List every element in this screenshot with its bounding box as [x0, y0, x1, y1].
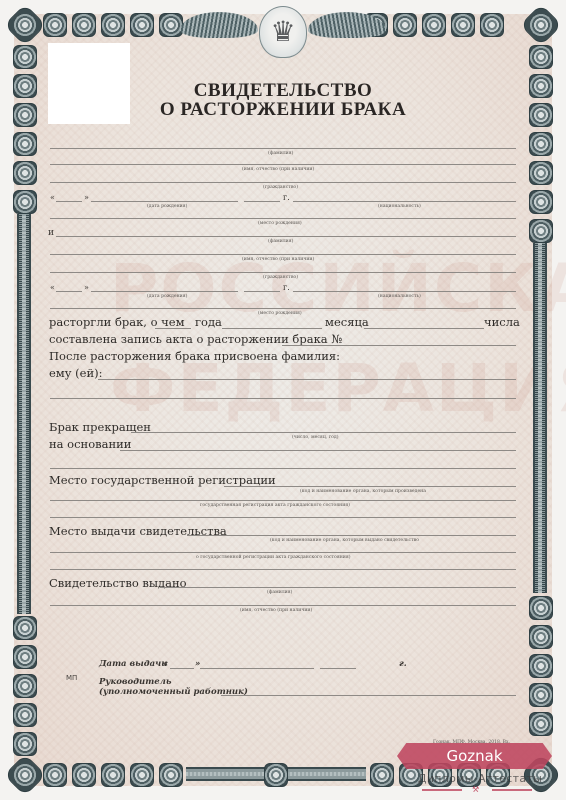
issuance-extra-field[interactable]	[50, 552, 516, 553]
name-field-1[interactable]	[50, 164, 516, 165]
border-rosette	[393, 13, 417, 37]
border-rosette	[159, 13, 183, 37]
issued-to-surname-field[interactable]	[160, 587, 516, 588]
border-rosette	[529, 654, 553, 678]
border-rosette	[451, 13, 475, 37]
caption: (имя, отчество (при наличии)	[240, 608, 312, 613]
border-band	[533, 243, 547, 593]
birth-month-field-2[interactable]	[91, 291, 238, 292]
record-number-label: составлена запись акта о расторжении бра…	[49, 332, 342, 346]
border-rosette	[13, 161, 37, 185]
border-rosette	[264, 763, 288, 787]
border-rosette	[529, 190, 553, 214]
surname-after-label: После расторжения брака присвоена фамили…	[49, 349, 340, 363]
caption: (имя, отчество (при наличии)	[242, 167, 314, 172]
divorced-label: расторгли брак, о чем	[49, 315, 185, 329]
border-rosette	[529, 683, 553, 707]
quote: »	[84, 283, 89, 292]
caption: государственная регистрация акта граждан…	[200, 503, 350, 508]
border-rosette	[529, 219, 553, 243]
head-label: Руководитель	[99, 677, 171, 687]
quote: «	[50, 193, 55, 202]
him-her-label: ему (ей):	[49, 366, 103, 380]
caption: о государственной регистрации акта гражд…	[196, 555, 351, 560]
terminated-date-field[interactable]	[131, 432, 516, 433]
border-rosette	[529, 625, 553, 649]
name-field-2[interactable]	[50, 254, 516, 255]
border-rosette	[13, 74, 37, 98]
caption: (дата рождения)	[147, 294, 187, 299]
basis-label: на основании	[49, 437, 131, 451]
basis-extra-field[interactable]	[50, 468, 516, 469]
year-suffix: г.	[283, 193, 290, 202]
redacted-area	[48, 43, 130, 124]
border-rosette	[529, 103, 553, 127]
gavel-icon: ⚒	[472, 785, 479, 794]
border-rosette	[101, 13, 125, 37]
border-rosette	[529, 45, 553, 69]
quote: »	[84, 193, 89, 202]
border-rosette	[529, 596, 553, 620]
surname-field-1[interactable]	[50, 148, 516, 149]
border-rosette	[13, 103, 37, 127]
registration-extra-field-2[interactable]	[50, 517, 516, 518]
caption: (фамилия)	[267, 590, 292, 595]
caption: (гражданство)	[263, 275, 298, 280]
citizenship-field-1[interactable]	[50, 182, 516, 183]
stamp-placeholder: МП	[66, 674, 77, 682]
record-number-field[interactable]	[282, 345, 516, 346]
caption: (фамилия)	[268, 151, 293, 156]
birthplace-field-2[interactable]	[50, 308, 516, 309]
caption: (код и наименование органа, которым прои…	[300, 489, 426, 494]
border-rosette	[13, 674, 37, 698]
birth-month-field-1[interactable]	[91, 201, 238, 202]
birthplace-field-1[interactable]	[50, 218, 516, 219]
document-subtitle: О РАСТОРЖЕНИИ БРАКА	[130, 99, 436, 121]
caption: (гражданство)	[263, 185, 298, 190]
goznak-subtitle: Дипломы-Аттестаты	[395, 772, 565, 785]
caption: (число, месяц, год)	[292, 435, 339, 440]
quote: «	[50, 283, 55, 292]
issue-month-field[interactable]	[200, 668, 314, 669]
month-field[interactable]	[222, 328, 322, 329]
border-rosette	[529, 161, 553, 185]
caption: (место рождения)	[258, 221, 302, 226]
border-rosette	[13, 190, 37, 214]
border-rosette	[422, 13, 446, 37]
caption: (дата рождения)	[147, 204, 187, 209]
border-rosette	[101, 763, 125, 787]
issue-day-field[interactable]	[170, 668, 194, 669]
birth-year-field-1[interactable]	[244, 201, 280, 202]
border-rosette	[13, 132, 37, 156]
registration-place-field[interactable]	[224, 486, 516, 487]
border-rosette	[130, 763, 154, 787]
border-rosette	[13, 616, 37, 640]
registration-place-label: Место государственной регистрации	[49, 473, 276, 487]
issued-to-name-field[interactable]	[50, 605, 516, 606]
border-rosette	[480, 13, 504, 37]
issue-date-label: Дата выдачи	[99, 659, 167, 669]
border-rosette	[130, 13, 154, 37]
registration-extra-field[interactable]	[50, 500, 516, 501]
border-rosette	[43, 13, 67, 37]
goznak-logo: Goznak	[397, 743, 552, 769]
caption: (национальность)	[378, 294, 421, 299]
him-her-surname-field[interactable]	[98, 379, 516, 380]
border-rosette	[370, 763, 394, 787]
nationality-field-1[interactable]	[293, 201, 516, 202]
issuance-place-field[interactable]	[187, 535, 516, 536]
caption: (имя, отчество (при наличии)	[242, 257, 314, 262]
citizenship-field-2[interactable]	[50, 272, 516, 273]
border-rosette	[13, 732, 37, 756]
border-band	[17, 214, 31, 614]
year-suffix: г.	[399, 659, 407, 669]
quote: «	[163, 659, 168, 669]
border-rosette	[13, 45, 37, 69]
caption: (место рождения)	[258, 311, 302, 316]
surname-field-2[interactable]	[56, 236, 516, 237]
border-rosette	[72, 13, 96, 37]
day-label: числа	[484, 315, 520, 329]
nationality-field-2[interactable]	[293, 291, 516, 292]
border-rosette	[13, 703, 37, 727]
border-rosette	[43, 763, 67, 787]
birth-year-field-2[interactable]	[244, 291, 280, 292]
caption: (национальность)	[378, 204, 421, 209]
basis-field[interactable]	[120, 450, 516, 451]
border-rosette	[529, 132, 553, 156]
month-label: месяца	[325, 315, 369, 329]
divider	[422, 789, 462, 791]
birth-day-field-2[interactable]	[56, 291, 82, 292]
year-label: года	[195, 315, 222, 329]
certificate-page: РОССИЙСКАЯ ФЕДЕРАЦИЯ ♛ СВИДЕТЕЛЬСТВО О Р…	[0, 0, 566, 800]
birth-day-field-1[interactable]	[56, 201, 82, 202]
issuance-extra-field-2[interactable]	[50, 569, 516, 570]
year-suffix: г.	[283, 283, 290, 292]
eagle-emblem-icon: ♛	[268, 13, 298, 51]
caption: (фамилия)	[268, 239, 293, 244]
border-rosette	[13, 645, 37, 669]
surname-extra-field[interactable]	[50, 398, 516, 399]
year-field[interactable]	[155, 328, 191, 329]
caption: (код и наименование органа, которым выда…	[270, 538, 419, 543]
day-field[interactable]	[364, 328, 484, 329]
border-rosette	[72, 763, 96, 787]
connector-and: и	[48, 228, 54, 238]
border-rosette	[159, 763, 183, 787]
border-rosette	[529, 712, 553, 736]
issue-year-field[interactable]	[320, 668, 356, 669]
divider	[492, 789, 532, 791]
signature-field[interactable]	[221, 695, 516, 696]
border-rosette	[529, 74, 553, 98]
